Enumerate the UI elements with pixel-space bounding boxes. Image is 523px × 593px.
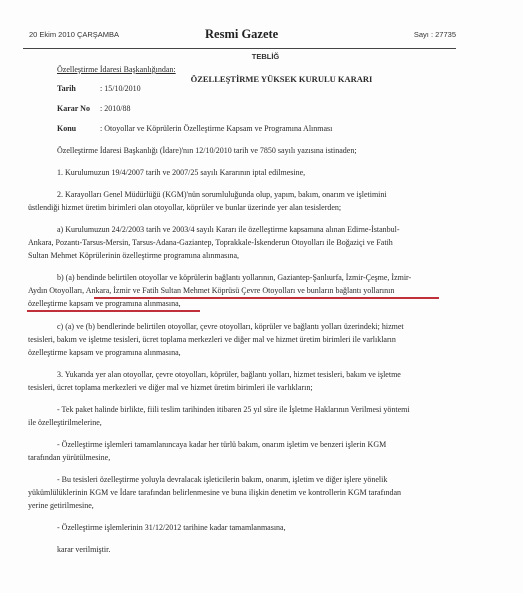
- item-b-line-2: Aydın Otoyolları, Ankara, İzmir ve Fatih…: [28, 286, 394, 295]
- dash-2-line-1: - Özelleştirme işlemleri tamamlanıncaya …: [57, 440, 386, 449]
- dash-3-line-1: - Bu tesisleri özelleştirme yoluyla devr…: [57, 475, 387, 484]
- item-b-line-2-start: Aydın Otoyolları,: [28, 286, 86, 295]
- item-a-line-2: Ankara, Pozantı-Tarsus-Mersin, Tarsus-Ad…: [28, 238, 393, 247]
- item-c-line-2: tesisleri, bakım ve işletme tesisleri, ü…: [28, 335, 396, 344]
- gazette-page: 20 Ekim 2010 ÇARŞAMBA Resmi Gazete Sayı …: [0, 0, 523, 593]
- closing: karar verilmiştir.: [57, 545, 110, 554]
- date-label: Tarih: [57, 84, 76, 93]
- red-underline: [27, 310, 200, 312]
- header-rule: [23, 48, 456, 49]
- date-value: : 15/10/2010: [100, 84, 141, 93]
- dash-2-line-2: tarafından yürütülmesine,: [28, 453, 110, 462]
- item-3-line-2: tesisleri, ücret toplama merkezleri ve d…: [28, 383, 313, 392]
- item-1: 1. Kurulumuzun 19/4/2007 tarih ve 2007/2…: [57, 168, 305, 177]
- item-a-line-1: a) Kurulumuzun 24/2/2003 tarih ve 2003/4…: [57, 225, 400, 234]
- header-date: 20 Ekim 2010 ÇARŞAMBA: [29, 30, 119, 39]
- item-c-line-1: c) (a) ve (b) bendlerinde belirtilen oto…: [57, 322, 404, 331]
- section-title: TEBLİĞ: [0, 52, 523, 61]
- issue-number: Sayı : 27735: [414, 30, 456, 39]
- number-label: Karar No: [57, 104, 90, 113]
- issuer: Özelleştirme İdaresi Başkanlığından:: [57, 65, 176, 74]
- item-a-line-3: Sultan Mehmet Köprülerinin özelleştirme …: [28, 251, 239, 260]
- item-3-line-1: 3. Yukarıda yer alan otoyollar, çevre ot…: [57, 370, 401, 379]
- dash-3-line-2: yükümlülüklerinin KGM ve İdare tarafında…: [28, 488, 401, 497]
- intro-paragraph: Özelleştirme İdaresi Başkanlığı (İdare)'…: [57, 146, 357, 155]
- dash-3-line-3: yerine getirilmesine,: [28, 501, 94, 510]
- item-2-line-2: üstlendiği hizmet üretim birimleri olan …: [28, 203, 341, 212]
- highlighted-text: Ankara, İzmir ve Fatih Sultan Mehmet Köp…: [86, 286, 395, 295]
- dash-1-line-2: ile özelleştirilmelerine,: [28, 418, 102, 427]
- gazette-header: 20 Ekim 2010 ÇARŞAMBA Resmi Gazete Sayı …: [23, 27, 456, 43]
- dash-1-line-1: - Tek paket halinde birlikte, fiili tesl…: [57, 405, 410, 414]
- subject-label: Konu: [57, 124, 76, 133]
- gazette-title: Resmi Gazete: [205, 27, 278, 42]
- dash-4: - Özelleştirme işlemlerinin 31/12/2012 t…: [57, 523, 286, 532]
- decision-title: ÖZELLEŞTİRME YÜKSEK KURULU KARARI: [0, 74, 523, 84]
- item-c-line-3: özelleştirme kapsam ve programına alınma…: [28, 348, 181, 357]
- item-b-line-3: özelleştirme kapsam ve programına alınma…: [28, 299, 181, 308]
- item-b-line-1: b) (a) bendinde belirtilen otoyollar ve …: [57, 273, 411, 282]
- item-2-line-1: 2. Karayolları Genel Müdürlüğü (KGM)'nün…: [57, 190, 387, 199]
- number-value: : 2010/88: [100, 104, 130, 113]
- subject-value: : Otoyollar ve Köprülerin Özelleştirme K…: [100, 124, 332, 133]
